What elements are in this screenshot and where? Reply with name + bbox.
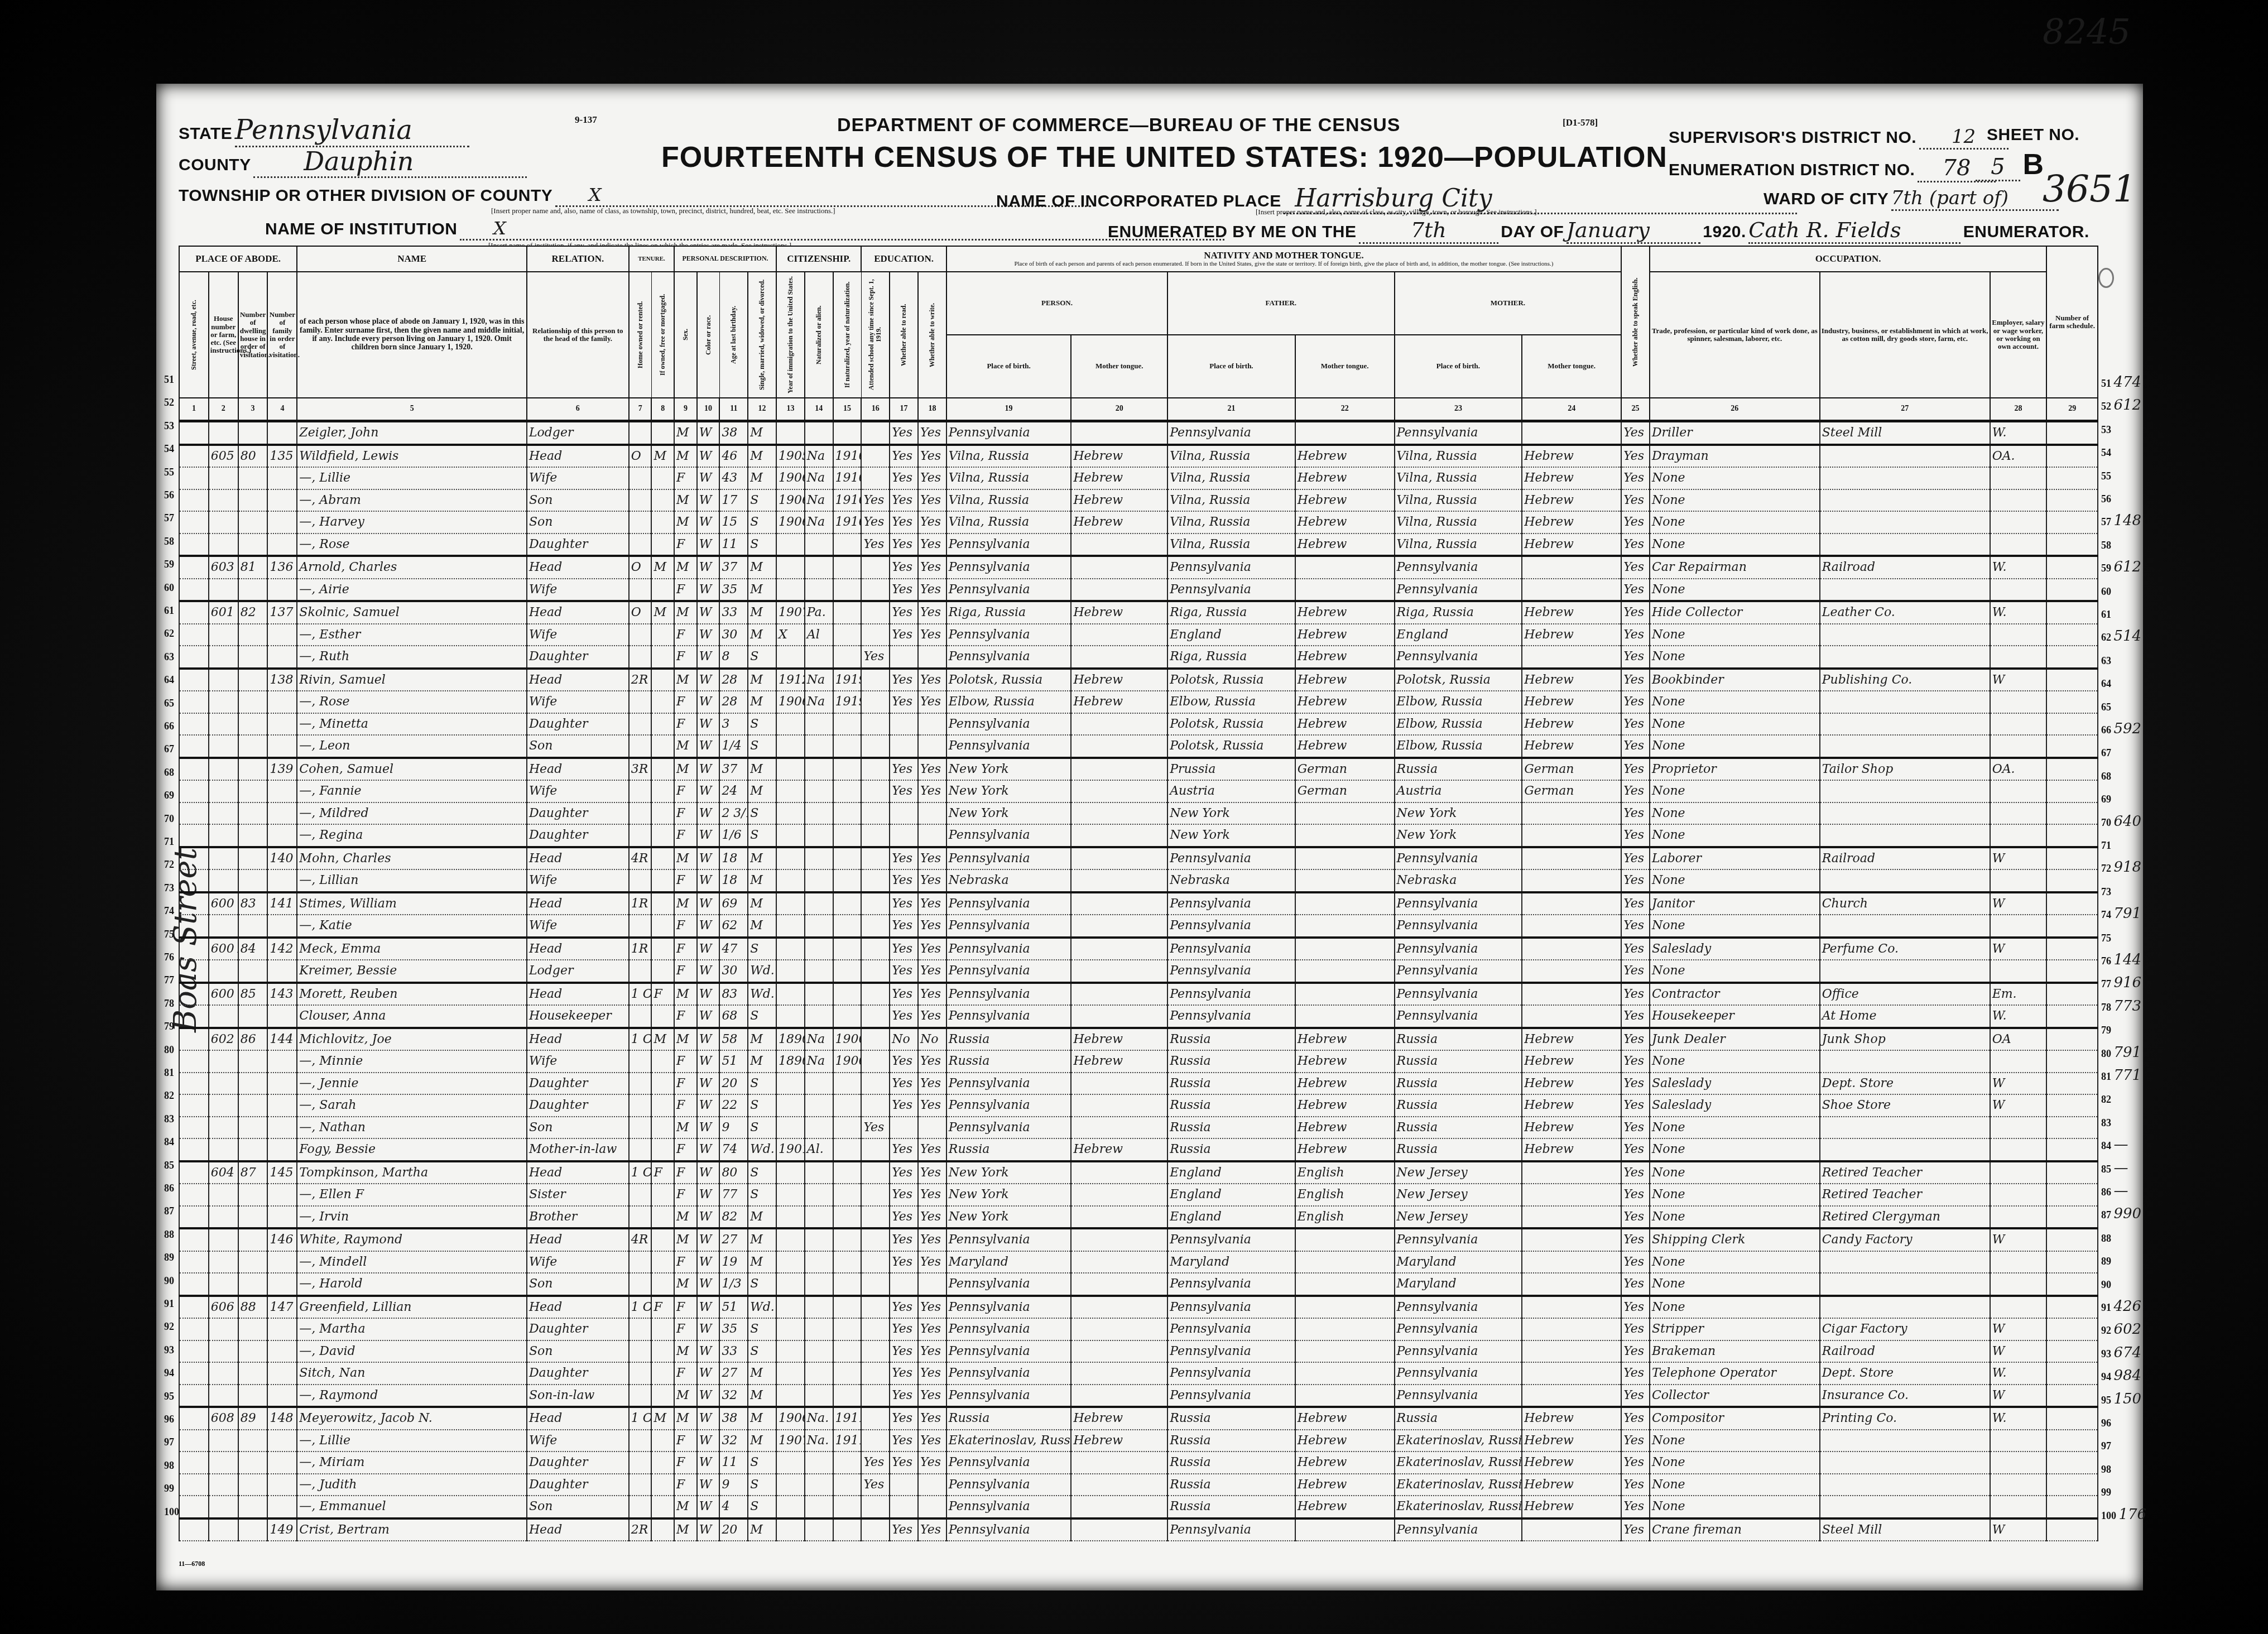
cell-sch <box>861 1228 890 1251</box>
line-number-left: 77 <box>164 974 174 986</box>
cell-name: Mohn, Charles <box>297 847 527 870</box>
cell-pob: Pennsylvania <box>946 1094 1071 1117</box>
cell-sex: F <box>674 534 697 556</box>
department-title: DEPARTMENT OF COMMERCE—BUREAU OF THE CEN… <box>837 114 1401 136</box>
cell-eng: Yes <box>1621 1273 1650 1296</box>
cell-mar: S <box>748 1452 776 1474</box>
cell-dwell <box>238 624 268 646</box>
cell-fmt: Hebrew <box>1295 1050 1395 1073</box>
line-number-left: 87 <box>164 1205 174 1217</box>
sheet-number-field: 5 B <box>1976 148 2044 181</box>
cell-street <box>179 824 209 847</box>
cell-rel: Daughter <box>527 1318 629 1340</box>
cell-emp <box>1990 802 2047 825</box>
cell-own <box>629 1206 652 1229</box>
column-number: 7 <box>629 398 652 421</box>
line-number: 97 <box>2101 1440 2111 1452</box>
cell-house <box>209 691 238 713</box>
cell-fam <box>267 1385 297 1407</box>
cell-nat: Na <box>805 467 833 489</box>
cell-emp: W <box>1990 1385 2047 1407</box>
cell-fmt: Hebrew <box>1295 1094 1395 1117</box>
cell-mpob: Austria <box>1395 780 1522 802</box>
cell-write: Yes <box>918 1362 946 1385</box>
cell-fpob: Pennsylvania <box>1167 1228 1295 1251</box>
cell-imm: X <box>776 624 805 646</box>
cell-age: 1/4 <box>719 735 748 758</box>
line-number: 92 <box>2101 1325 2111 1336</box>
cell-read: Yes <box>890 938 918 960</box>
cell-mar: S <box>748 646 776 669</box>
margin-code: 640 <box>2114 813 2142 830</box>
cell-mpob: Russia <box>1395 758 1522 781</box>
cell-nat <box>805 869 833 892</box>
cell-farm <box>2046 601 2098 624</box>
cell-nat <box>805 983 833 1006</box>
cell-dwell <box>238 1273 268 1296</box>
cell-house <box>209 489 238 512</box>
cell-imm <box>776 421 805 445</box>
cell-read: Yes <box>890 1184 918 1206</box>
cell-age: 9 <box>719 1474 748 1496</box>
cell-fmt <box>1295 938 1395 960</box>
cell-age: 74 <box>719 1138 748 1161</box>
line-number: 86 <box>2101 1186 2111 1198</box>
cell-imm <box>776 1228 805 1251</box>
cell-mar: S <box>748 1496 776 1518</box>
cell-pob: Pennsylvania <box>946 1073 1071 1095</box>
cell-dwell <box>238 802 268 825</box>
cell-imm <box>776 1452 805 1474</box>
line-number-right: 59 612 <box>2101 559 2141 575</box>
cell-emp: W. <box>1990 601 2047 624</box>
cell-mort <box>651 421 674 445</box>
cell-emp <box>1990 1138 2047 1161</box>
cell-ind: At Home <box>1820 1005 1990 1028</box>
table-row: 139Cohen, SamuelHead3RMW37MYesYesNew Yor… <box>179 758 2098 781</box>
line-number-left: 74 <box>164 905 174 917</box>
line-number: 96 <box>2101 1417 2111 1429</box>
cell-write: Yes <box>918 691 946 713</box>
cell-age: 28 <box>719 669 748 691</box>
cell-sex: F <box>674 1296 697 1319</box>
cell-mmt <box>1522 556 1621 579</box>
cell-mort <box>651 758 674 781</box>
cell-mt: Hebrew <box>1071 1430 1167 1452</box>
cell-mar: S <box>748 824 776 847</box>
cell-dwell <box>238 511 268 534</box>
cell-race: W <box>697 489 720 512</box>
cell-eng: Yes <box>1621 869 1650 892</box>
line-number-right: 75 <box>2101 929 2111 945</box>
cell-mort <box>651 1138 674 1161</box>
table-row: —, KatieWifeFW62MYesYesPennsylvaniaPenns… <box>179 915 2098 938</box>
cell-mpob: Maryland <box>1395 1251 1522 1273</box>
cell-mar: M <box>748 869 776 892</box>
cell-eng: Yes <box>1621 1028 1650 1051</box>
cell-nat <box>805 892 833 915</box>
cell-own: 4R <box>629 1228 652 1251</box>
cell-natyr <box>833 1474 862 1496</box>
cell-age: 32 <box>719 1385 748 1407</box>
cell-emp: OA <box>1990 1028 2047 1051</box>
cell-mt <box>1071 1452 1167 1474</box>
cell-occ: None <box>1650 780 1820 802</box>
cell-mt: Hebrew <box>1071 467 1167 489</box>
cell-read <box>890 646 918 669</box>
cell-mpob: Vilna, Russia <box>1395 445 1522 468</box>
line-number-right: 82 <box>2101 1090 2111 1107</box>
cell-fmt <box>1295 1340 1395 1363</box>
cell-write <box>918 1273 946 1296</box>
column-number: 26 <box>1650 398 1820 421</box>
cell-write: No <box>918 1028 946 1051</box>
cell-sex: F <box>674 915 697 938</box>
col-18-header: Whether able to write. <box>918 272 946 398</box>
cell-eng: Yes <box>1621 1452 1650 1474</box>
cell-street <box>179 445 209 468</box>
cell-sch <box>861 758 890 781</box>
cell-nat <box>805 847 833 870</box>
cell-sch <box>861 1161 890 1184</box>
cell-occ: Proprietor <box>1650 758 1820 781</box>
cell-fmt: Hebrew <box>1295 646 1395 669</box>
cell-emp: W <box>1990 938 2047 960</box>
cell-mt <box>1071 1228 1167 1251</box>
cell-dwell <box>238 960 268 983</box>
column-number: 28 <box>1990 398 2047 421</box>
cell-rel: Wife <box>527 1251 629 1273</box>
cell-dwell: 88 <box>238 1296 268 1319</box>
col-12-header: Single, married, widowed, or divorced. <box>748 272 776 398</box>
cell-mmt <box>1522 938 1621 960</box>
cell-mt <box>1071 938 1167 960</box>
cell-fmt <box>1295 869 1395 892</box>
cell-write <box>918 713 946 736</box>
cell-farm <box>2046 1407 2098 1430</box>
cell-nat <box>805 1161 833 1184</box>
cell-imm: 1906 <box>776 1407 805 1430</box>
cell-write: Yes <box>918 1073 946 1095</box>
cell-fam <box>267 1117 297 1139</box>
cell-rel: Head <box>527 758 629 781</box>
cell-rel: Head <box>527 983 629 1006</box>
cell-house: 606 <box>209 1296 238 1319</box>
cell-occ: Telephone Operator <box>1650 1362 1820 1385</box>
cell-house <box>209 646 238 669</box>
cell-mort: F <box>651 1296 674 1319</box>
cell-mpob: Pennsylvania <box>1395 1340 1522 1363</box>
cell-sch <box>861 1138 890 1161</box>
margin-code: 674 <box>2114 1344 2142 1361</box>
cell-read: Yes <box>890 1161 918 1184</box>
cell-dwell <box>238 1362 268 1385</box>
cell-imm: 1905 <box>776 445 805 468</box>
cell-write: Yes <box>918 847 946 870</box>
line-number-left: 80 <box>164 1044 174 1056</box>
cell-street <box>179 1161 209 1184</box>
cell-imm <box>776 1474 805 1496</box>
cell-race: W <box>697 1050 720 1073</box>
cell-pob: Vilna, Russia <box>946 489 1071 512</box>
cell-mort <box>651 489 674 512</box>
cell-ind <box>1820 445 1990 468</box>
cell-fam <box>267 735 297 758</box>
cell-own <box>629 1138 652 1161</box>
cell-imm <box>776 1117 805 1139</box>
cell-mpob: Ekaterinoslav, Russia <box>1395 1496 1522 1518</box>
cell-mt: Hebrew <box>1071 691 1167 713</box>
cell-name: —, Jennie <box>297 1073 527 1095</box>
cell-imm: 1906 <box>776 489 805 512</box>
cell-eng: Yes <box>1621 1518 1650 1541</box>
cell-ind: Office <box>1820 983 1990 1006</box>
cell-imm <box>776 1073 805 1095</box>
cell-farm <box>2046 983 2098 1006</box>
cell-name: —, David <box>297 1340 527 1363</box>
cell-name: —, Lillie <box>297 467 527 489</box>
cell-imm: 1906 <box>776 691 805 713</box>
cell-age: 9 <box>719 1117 748 1139</box>
cell-mort <box>651 1518 674 1541</box>
cell-house <box>209 1273 238 1296</box>
cell-fmt <box>1295 1228 1395 1251</box>
cell-emp: OA. <box>1990 445 2047 468</box>
cell-mort <box>651 511 674 534</box>
cell-house <box>209 669 238 691</box>
group-citizenship: CITIZENSHIP. <box>776 246 861 272</box>
cell-occ: None <box>1650 802 1820 825</box>
cell-age: 19 <box>719 1251 748 1273</box>
cell-nat <box>805 1251 833 1273</box>
cell-race: W <box>697 579 720 602</box>
cell-sch <box>861 421 890 445</box>
cell-emp: W <box>1990 669 2047 691</box>
cell-fpob: Prussia <box>1167 758 1295 781</box>
cell-own: 1 O <box>629 983 652 1006</box>
cell-pob: Pennsylvania <box>946 1117 1071 1139</box>
line-number: 64 <box>2101 678 2111 689</box>
cell-pob: Pennsylvania <box>946 1228 1071 1251</box>
cell-sex: F <box>674 467 697 489</box>
cell-mmt <box>1522 892 1621 915</box>
margin-code: 771 <box>2114 1067 2142 1084</box>
cell-name: —, Rose <box>297 534 527 556</box>
cell-mpob: Riga, Russia <box>1395 601 1522 624</box>
table-row: —, MiriamDaughterFW11SYesYesYesPennsylva… <box>179 1452 2098 1474</box>
margin-code: — <box>2114 1136 2128 1153</box>
cell-name: Tompkinson, Martha <box>297 1161 527 1184</box>
cell-dwell <box>238 421 268 445</box>
cell-rel: Head <box>527 1028 629 1051</box>
cell-nat: Na <box>805 669 833 691</box>
line-number-right: 97 <box>2101 1436 2111 1453</box>
cell-pob: Elbow, Russia <box>946 691 1071 713</box>
cell-street <box>179 1184 209 1206</box>
cell-own: 1 O <box>629 1161 652 1184</box>
cell-house <box>209 713 238 736</box>
cell-mmt: German <box>1522 758 1621 781</box>
cell-mpob: New Jersey <box>1395 1184 1522 1206</box>
cell-mar: S <box>748 511 776 534</box>
cell-occ: Drayman <box>1650 445 1820 468</box>
cell-dwell <box>238 489 268 512</box>
cell-read: Yes <box>890 489 918 512</box>
cell-sex: M <box>674 1407 697 1430</box>
cell-natyr <box>833 421 862 445</box>
cell-sch <box>861 1296 890 1319</box>
cell-rel: Wife <box>527 1430 629 1452</box>
cell-natyr <box>833 735 862 758</box>
cell-rel: Sister <box>527 1184 629 1206</box>
cell-name: Kreimer, Bessie <box>297 960 527 983</box>
cell-mort <box>651 1430 674 1452</box>
cell-sch <box>861 1050 890 1073</box>
cell-sex: M <box>674 1117 697 1139</box>
cell-nat: Al <box>805 624 833 646</box>
table-row: —, JennieDaughterFW20SYesYesPennsylvania… <box>179 1073 2098 1095</box>
cell-age: 15 <box>719 511 748 534</box>
cell-age: 11 <box>719 534 748 556</box>
cell-rel: Daughter <box>527 1073 629 1095</box>
cell-mar: S <box>748 802 776 825</box>
cell-sex: M <box>674 669 697 691</box>
cell-fam <box>267 1318 297 1340</box>
cell-sex: M <box>674 1340 697 1363</box>
cell-read: Yes <box>890 1005 918 1028</box>
cell-fam <box>267 1251 297 1273</box>
cell-mt: Hebrew <box>1071 1028 1167 1051</box>
cell-mar: S <box>748 1340 776 1363</box>
cell-own <box>629 1184 652 1206</box>
cell-name: Michlovitz, Joe <box>297 1028 527 1051</box>
cell-mt <box>1071 1385 1167 1407</box>
table-row: Fogy, BessieMother-in-lawFW74Wd.1901Al.Y… <box>179 1138 2098 1161</box>
cell-occ: None <box>1650 624 1820 646</box>
cell-age: 1/6 <box>719 824 748 847</box>
cell-occ: None <box>1650 511 1820 534</box>
cell-fmt: Hebrew <box>1295 713 1395 736</box>
table-row: —, NathanSonMW9SYesPennsylvaniaRussiaHeb… <box>179 1117 2098 1139</box>
cell-race: W <box>697 624 720 646</box>
cell-fmt: Hebrew <box>1295 1028 1395 1051</box>
cell-ind <box>1820 579 1990 602</box>
col-23-header: Place of birth. <box>1395 335 1522 398</box>
line-number: 87 <box>2101 1209 2111 1220</box>
line-number-right: 83 <box>2101 1113 2111 1130</box>
cell-pob: Pennsylvania <box>946 960 1071 983</box>
cell-occ: None <box>1650 735 1820 758</box>
cell-sch: Yes <box>861 1117 890 1139</box>
cell-sch <box>861 713 890 736</box>
line-number-right: 68 <box>2101 767 2111 784</box>
cell-sch: Yes <box>861 489 890 512</box>
cell-fam <box>267 489 297 512</box>
line-number: 98 <box>2101 1464 2111 1475</box>
cell-dwell <box>238 1430 268 1452</box>
cell-imm: 1890 <box>776 1050 805 1073</box>
cell-natyr <box>833 960 862 983</box>
cell-pob: New York <box>946 1161 1071 1184</box>
cell-dwell: 85 <box>238 983 268 1006</box>
cell-own <box>629 1340 652 1363</box>
cell-emp <box>1990 1161 2047 1184</box>
cell-age: 30 <box>719 960 748 983</box>
cell-house <box>209 1050 238 1073</box>
cell-fpob: Polotsk, Russia <box>1167 713 1295 736</box>
line-number-left: 56 <box>164 489 174 501</box>
nativity-note: Place of birth of each person and parent… <box>948 261 1620 267</box>
cell-nat <box>805 915 833 938</box>
cell-dwell <box>238 1474 268 1496</box>
line-number: 56 <box>2101 493 2111 504</box>
cell-farm <box>2046 1452 2098 1474</box>
cell-sch <box>861 1496 890 1518</box>
cell-race: W <box>697 601 720 624</box>
column-number: 27 <box>1820 398 1990 421</box>
enumerator-name: Cath R. Fields <box>1748 218 1961 244</box>
cell-name: Clouser, Anna <box>297 1005 527 1028</box>
cell-mpob: Pennsylvania <box>1395 1385 1522 1407</box>
cell-mar: M <box>748 1251 776 1273</box>
cell-own: O <box>629 601 652 624</box>
cell-mar: M <box>748 421 776 445</box>
cell-mort: F <box>651 1161 674 1184</box>
cell-eng: Yes <box>1621 556 1650 579</box>
cell-mmt <box>1522 1340 1621 1363</box>
cell-sex: M <box>674 511 697 534</box>
cell-mmt <box>1522 1518 1621 1541</box>
cell-rel: Head <box>527 1407 629 1430</box>
cell-mmt: Hebrew <box>1522 735 1621 758</box>
cell-occ: Bookbinder <box>1650 669 1820 691</box>
cell-dwell <box>238 691 268 713</box>
cell-read <box>890 1474 918 1496</box>
table-row: 60889148Meyerowitz, Jacob N.Head1 OMMW38… <box>179 1407 2098 1430</box>
cell-own <box>629 1050 652 1073</box>
cell-race: W <box>697 735 720 758</box>
cell-mmt: Hebrew <box>1522 691 1621 713</box>
cell-fpob: Pennsylvania <box>1167 915 1295 938</box>
cell-read: Yes <box>890 892 918 915</box>
cell-mt <box>1071 1296 1167 1319</box>
cell-house <box>209 780 238 802</box>
cell-eng: Yes <box>1621 1206 1650 1229</box>
table-row: 60286144Michlovitz, JoeHead1 OMMW58M1890… <box>179 1028 2098 1051</box>
line-number-left: 97 <box>164 1436 174 1448</box>
cell-read: Yes <box>890 556 918 579</box>
cell-emp <box>1990 534 2047 556</box>
cell-mmt <box>1522 915 1621 938</box>
line-number: 71 <box>2101 840 2111 851</box>
cell-sch <box>861 556 890 579</box>
cell-street <box>179 669 209 691</box>
cell-mt <box>1071 1362 1167 1385</box>
cell-farm <box>2046 1184 2098 1206</box>
table-row: 138Rivin, SamuelHead2RMW28M1912Na1919Yes… <box>179 669 2098 691</box>
cell-nat <box>805 556 833 579</box>
cell-age: 24 <box>719 780 748 802</box>
line-number: 69 <box>2101 794 2111 805</box>
table-row: —, MildredDaughterFW2 3/12SNew YorkNew Y… <box>179 802 2098 825</box>
cell-emp: W. <box>1990 1407 2047 1430</box>
cell-race: W <box>697 713 720 736</box>
line-number-right: 78 773 <box>2101 998 2141 1015</box>
col-17-header: Whether able to read. <box>890 272 918 398</box>
line-number-right: 63 <box>2101 651 2111 668</box>
line-number-right: 65 <box>2101 698 2111 714</box>
cell-write: Yes <box>918 556 946 579</box>
